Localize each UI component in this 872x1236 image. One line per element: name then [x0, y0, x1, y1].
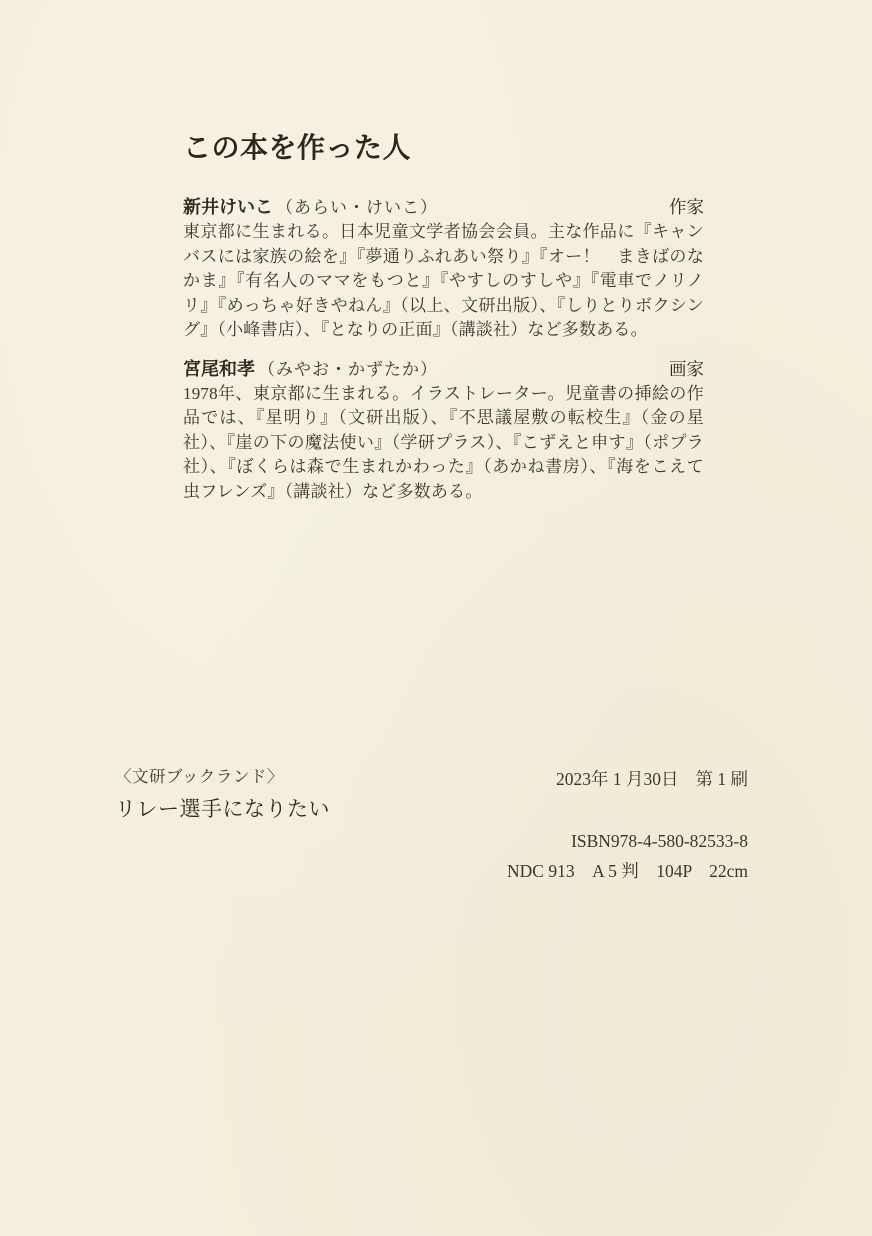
contributor-name-reading: （みやお・かずたか） [258, 358, 438, 382]
contributor-heading: 宮尾和孝 （みやお・かずたか） 画家 [183, 357, 704, 382]
page-title: この本を作った人 [183, 126, 704, 166]
contributor-role: 画家 [669, 357, 704, 381]
contributor-name: 宮尾和孝 [183, 357, 255, 381]
book-title: リレー選手になりたい [115, 793, 330, 823]
publication-info-block: 2023年 1 月30日 第 1 刷 ISBN978-4-580-82533-8… [507, 768, 748, 882]
series-and-title-block: 〈文研ブックランド〉 リレー選手になりたい [115, 766, 330, 823]
contributor-role: 作家 [669, 195, 704, 219]
colophon-page: この本を作った人 新井けいこ （あらい・けいこ） 作家 東京都に生まれる。日本児… [0, 0, 872, 1236]
contributor-author: 新井けいこ （あらい・けいこ） 作家 東京都に生まれる。日本児童文学者協会会員。… [183, 195, 704, 343]
contributor-heading: 新井けいこ （あらい・けいこ） 作家 [183, 195, 704, 220]
ndc-format-info: NDC 913 A 5 判 104P 22cm [507, 860, 748, 882]
contributor-name: 新井けいこ [183, 195, 273, 219]
contributors-section: この本を作った人 新井けいこ （あらい・けいこ） 作家 東京都に生まれる。日本児… [183, 126, 704, 518]
contributor-name-reading: （あらい・けいこ） [276, 196, 438, 220]
publication-date: 2023年 1 月30日 [556, 768, 679, 790]
contributor-bio: 1978年、東京都に生まれる。イラストレーター。児童書の挿絵の作品では、『星明り… [183, 382, 704, 505]
isbn: ISBN978-4-580-82533-8 [507, 830, 748, 852]
contributor-illustrator: 宮尾和孝 （みやお・かずたか） 画家 1978年、東京都に生まれる。イラストレー… [183, 357, 704, 505]
publication-date-line: 2023年 1 月30日 第 1 刷 [507, 768, 748, 790]
series-name: 〈文研ブックランド〉 [115, 766, 330, 787]
contributor-bio: 東京都に生まれる。日本児童文学者協会会員。主な作品に『キャンバスには家族の絵を』… [183, 220, 704, 343]
printing-info: 第 1 刷 [696, 768, 749, 790]
